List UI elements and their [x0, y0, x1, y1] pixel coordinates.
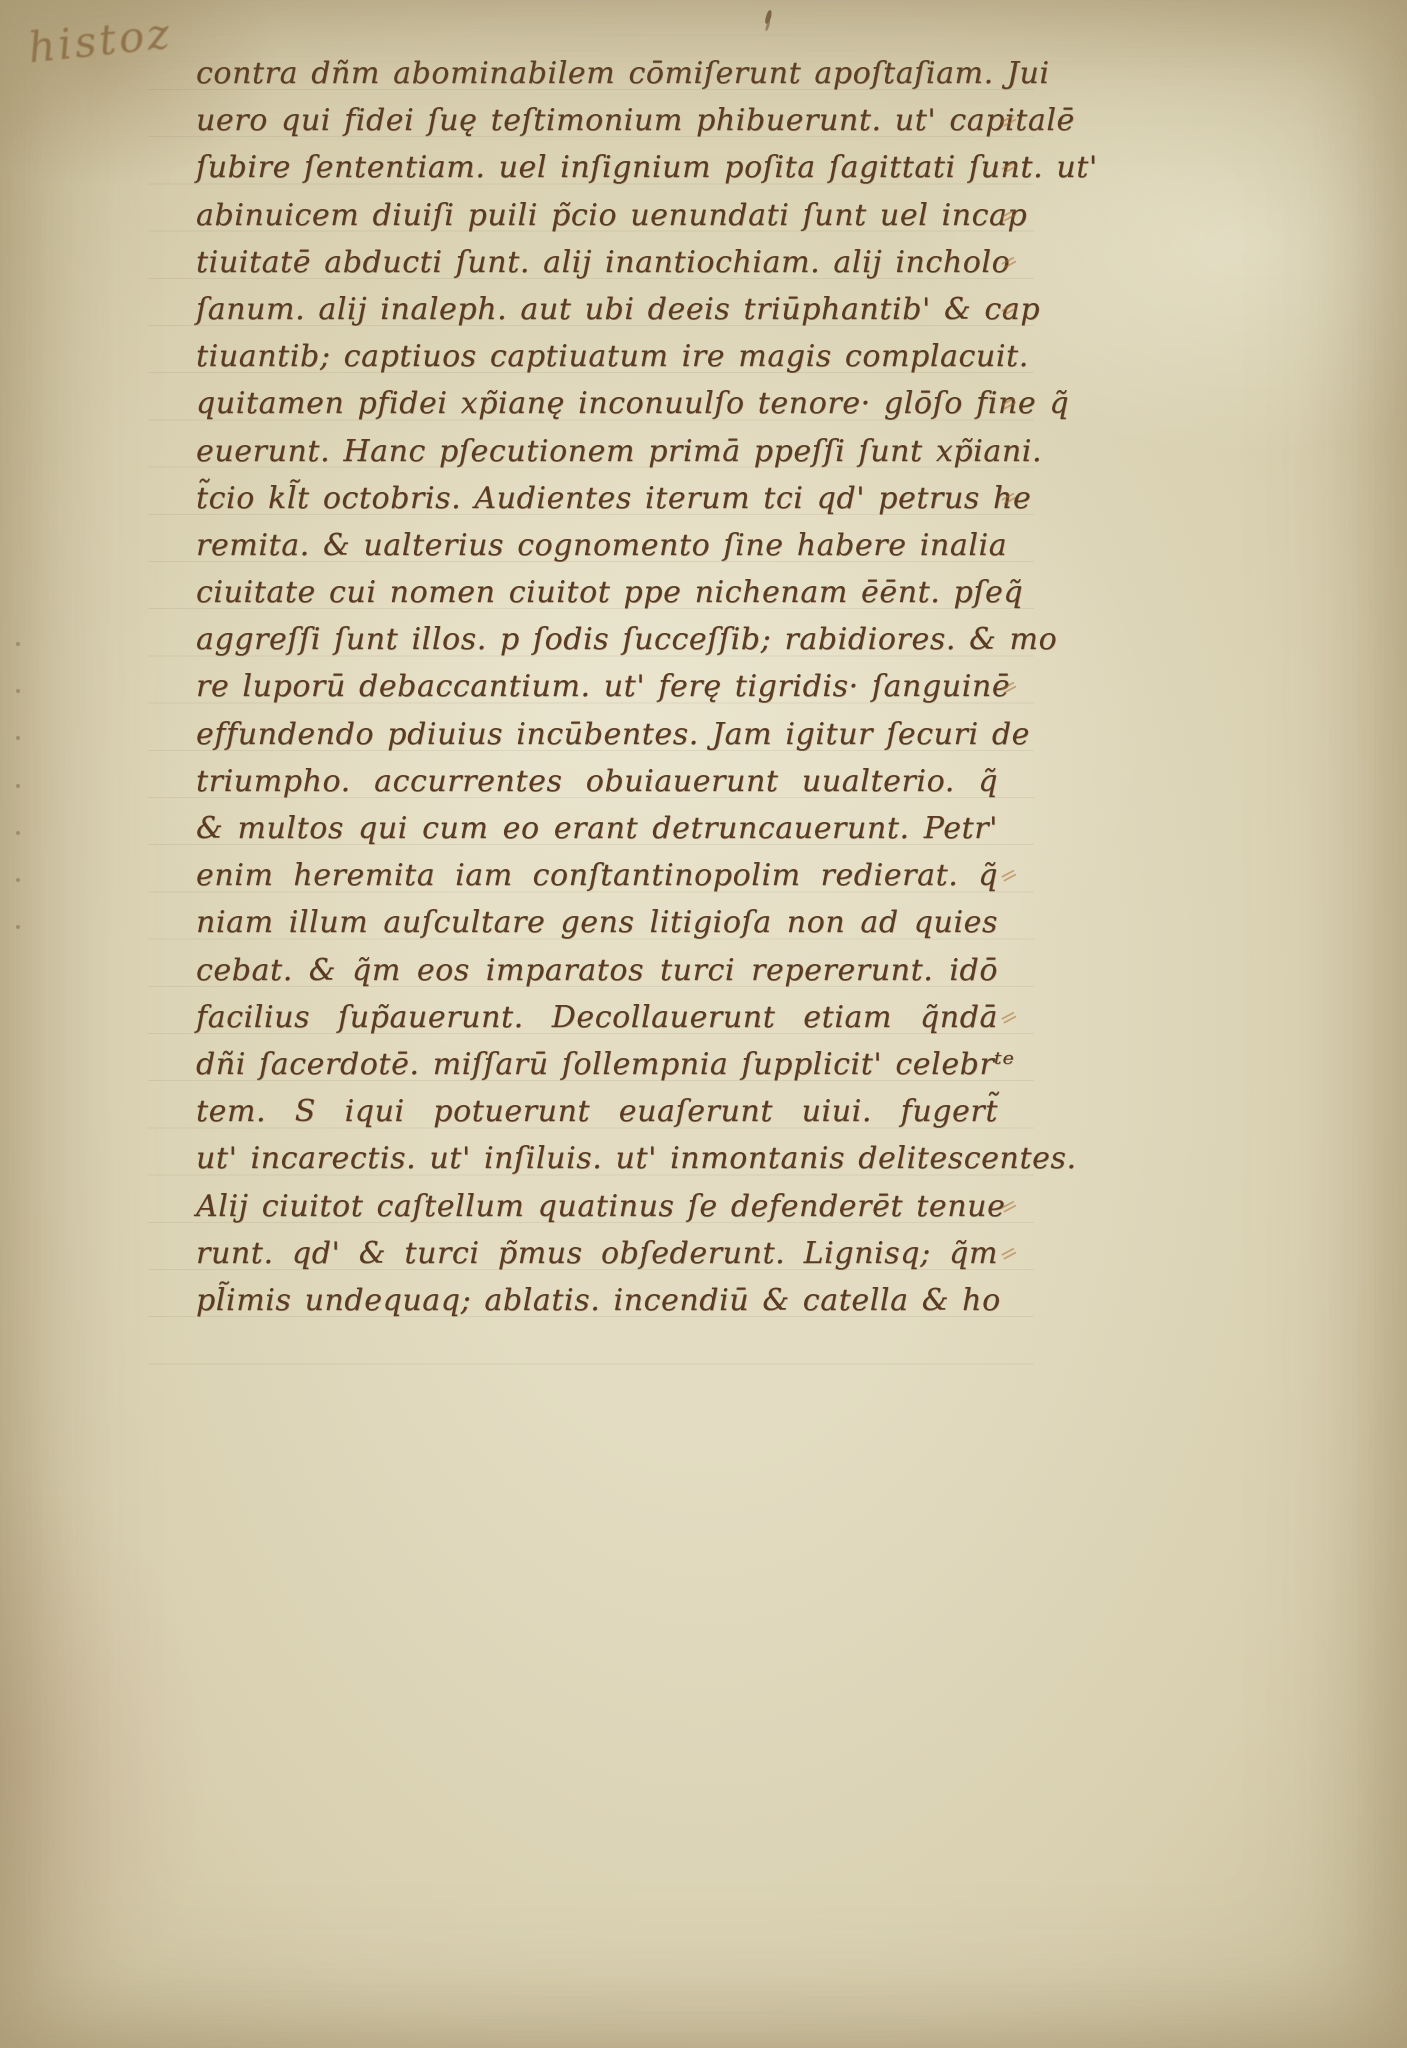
- manuscript-page: histoz contra dñm abominabilem cōmiſerun…: [0, 0, 1407, 2048]
- manuscript-line: & multos qui cum eo erant detruncauerunt…: [196, 805, 998, 852]
- manuscript-line: ſanum. alij inaleph. aut ubi deeis triūp…: [196, 286, 998, 333]
- manuscript-line: ſubire ſententiam. uel inſignium poſita …: [196, 144, 998, 191]
- ink-speck: [764, 10, 773, 25]
- manuscript-line: enim heremita iam conſtantinopolim redie…: [196, 852, 998, 899]
- manuscript-line: ciuitate cui nomen ciuitot ppe nichenam …: [196, 569, 998, 616]
- manuscript-line: contra dñm abominabilem cōmiſerunt apoſt…: [196, 50, 998, 97]
- text-block: contra dñm abominabilem cōmiſerunt apoſt…: [196, 50, 998, 1324]
- manuscript-line: runt. qd' & turci p̃mus obſederunt. Lign…: [196, 1230, 998, 1277]
- manuscript-line: tiuitatē abducti ſunt. alij inantiochiam…: [196, 239, 998, 286]
- manuscript-line: ut' incarectis. ut' inſiluis. ut' inmont…: [196, 1135, 998, 1182]
- manuscript-line: facilius ſup̃auerunt. Decollauerunt etia…: [196, 994, 998, 1041]
- corner-annotation: histoz: [26, 9, 175, 73]
- manuscript-line: dñi ſacerdotē. miſſarū ſollempnia ſuppli…: [196, 1041, 998, 1088]
- manuscript-line: aggreſſi ſunt illos. p ſodis ſucceſſib; …: [196, 616, 998, 663]
- manuscript-line: abinuicem diuiſi puili p̃cio uenundati ſ…: [196, 192, 998, 239]
- manuscript-line: t̃cio kl̃t octobris. Audientes iterum tc…: [196, 475, 998, 522]
- manuscript-line: pl̃imis undequaq; ablatis. incendiū & ca…: [196, 1277, 998, 1324]
- manuscript-line: effundendo pdiuius incūbentes. Jam igitu…: [196, 711, 998, 758]
- prick-marks: [16, 642, 24, 972]
- manuscript-line: Alij ciuitot caſtellum quatinus ſe defen…: [196, 1183, 998, 1230]
- manuscript-line: uero qui fidei ſuę teſtimonium phibuerun…: [196, 97, 998, 144]
- filler-mark: =: [995, 1004, 1021, 1034]
- manuscript-line: re luporū debaccantium. ut' ferę tigridi…: [196, 663, 998, 710]
- filler-mark: =: [995, 1240, 1021, 1270]
- manuscript-line: cebat. & q̃m eos imparatos turci reperer…: [196, 947, 998, 994]
- manuscript-line: tem. S iqui potuerunt euaſerunt uiui. fu…: [196, 1088, 998, 1135]
- filler-mark: =: [995, 862, 1021, 892]
- manuscript-line: niam illum auſcultare gens litigioſa non…: [196, 899, 998, 946]
- manuscript-line: quitamen pfidei xp̃ianę inconuulſo tenor…: [196, 380, 998, 427]
- manuscript-line: remita. & ualterius cognomento ſine habe…: [196, 522, 998, 569]
- manuscript-line: tiuantib; captiuos captiuatum ire magis …: [196, 333, 998, 380]
- manuscript-line: euerunt. Hanc pſecutionem primā ppeſſi ſ…: [196, 428, 998, 475]
- manuscript-line: triumpho. accurrentes obuiauerunt uualte…: [196, 758, 998, 805]
